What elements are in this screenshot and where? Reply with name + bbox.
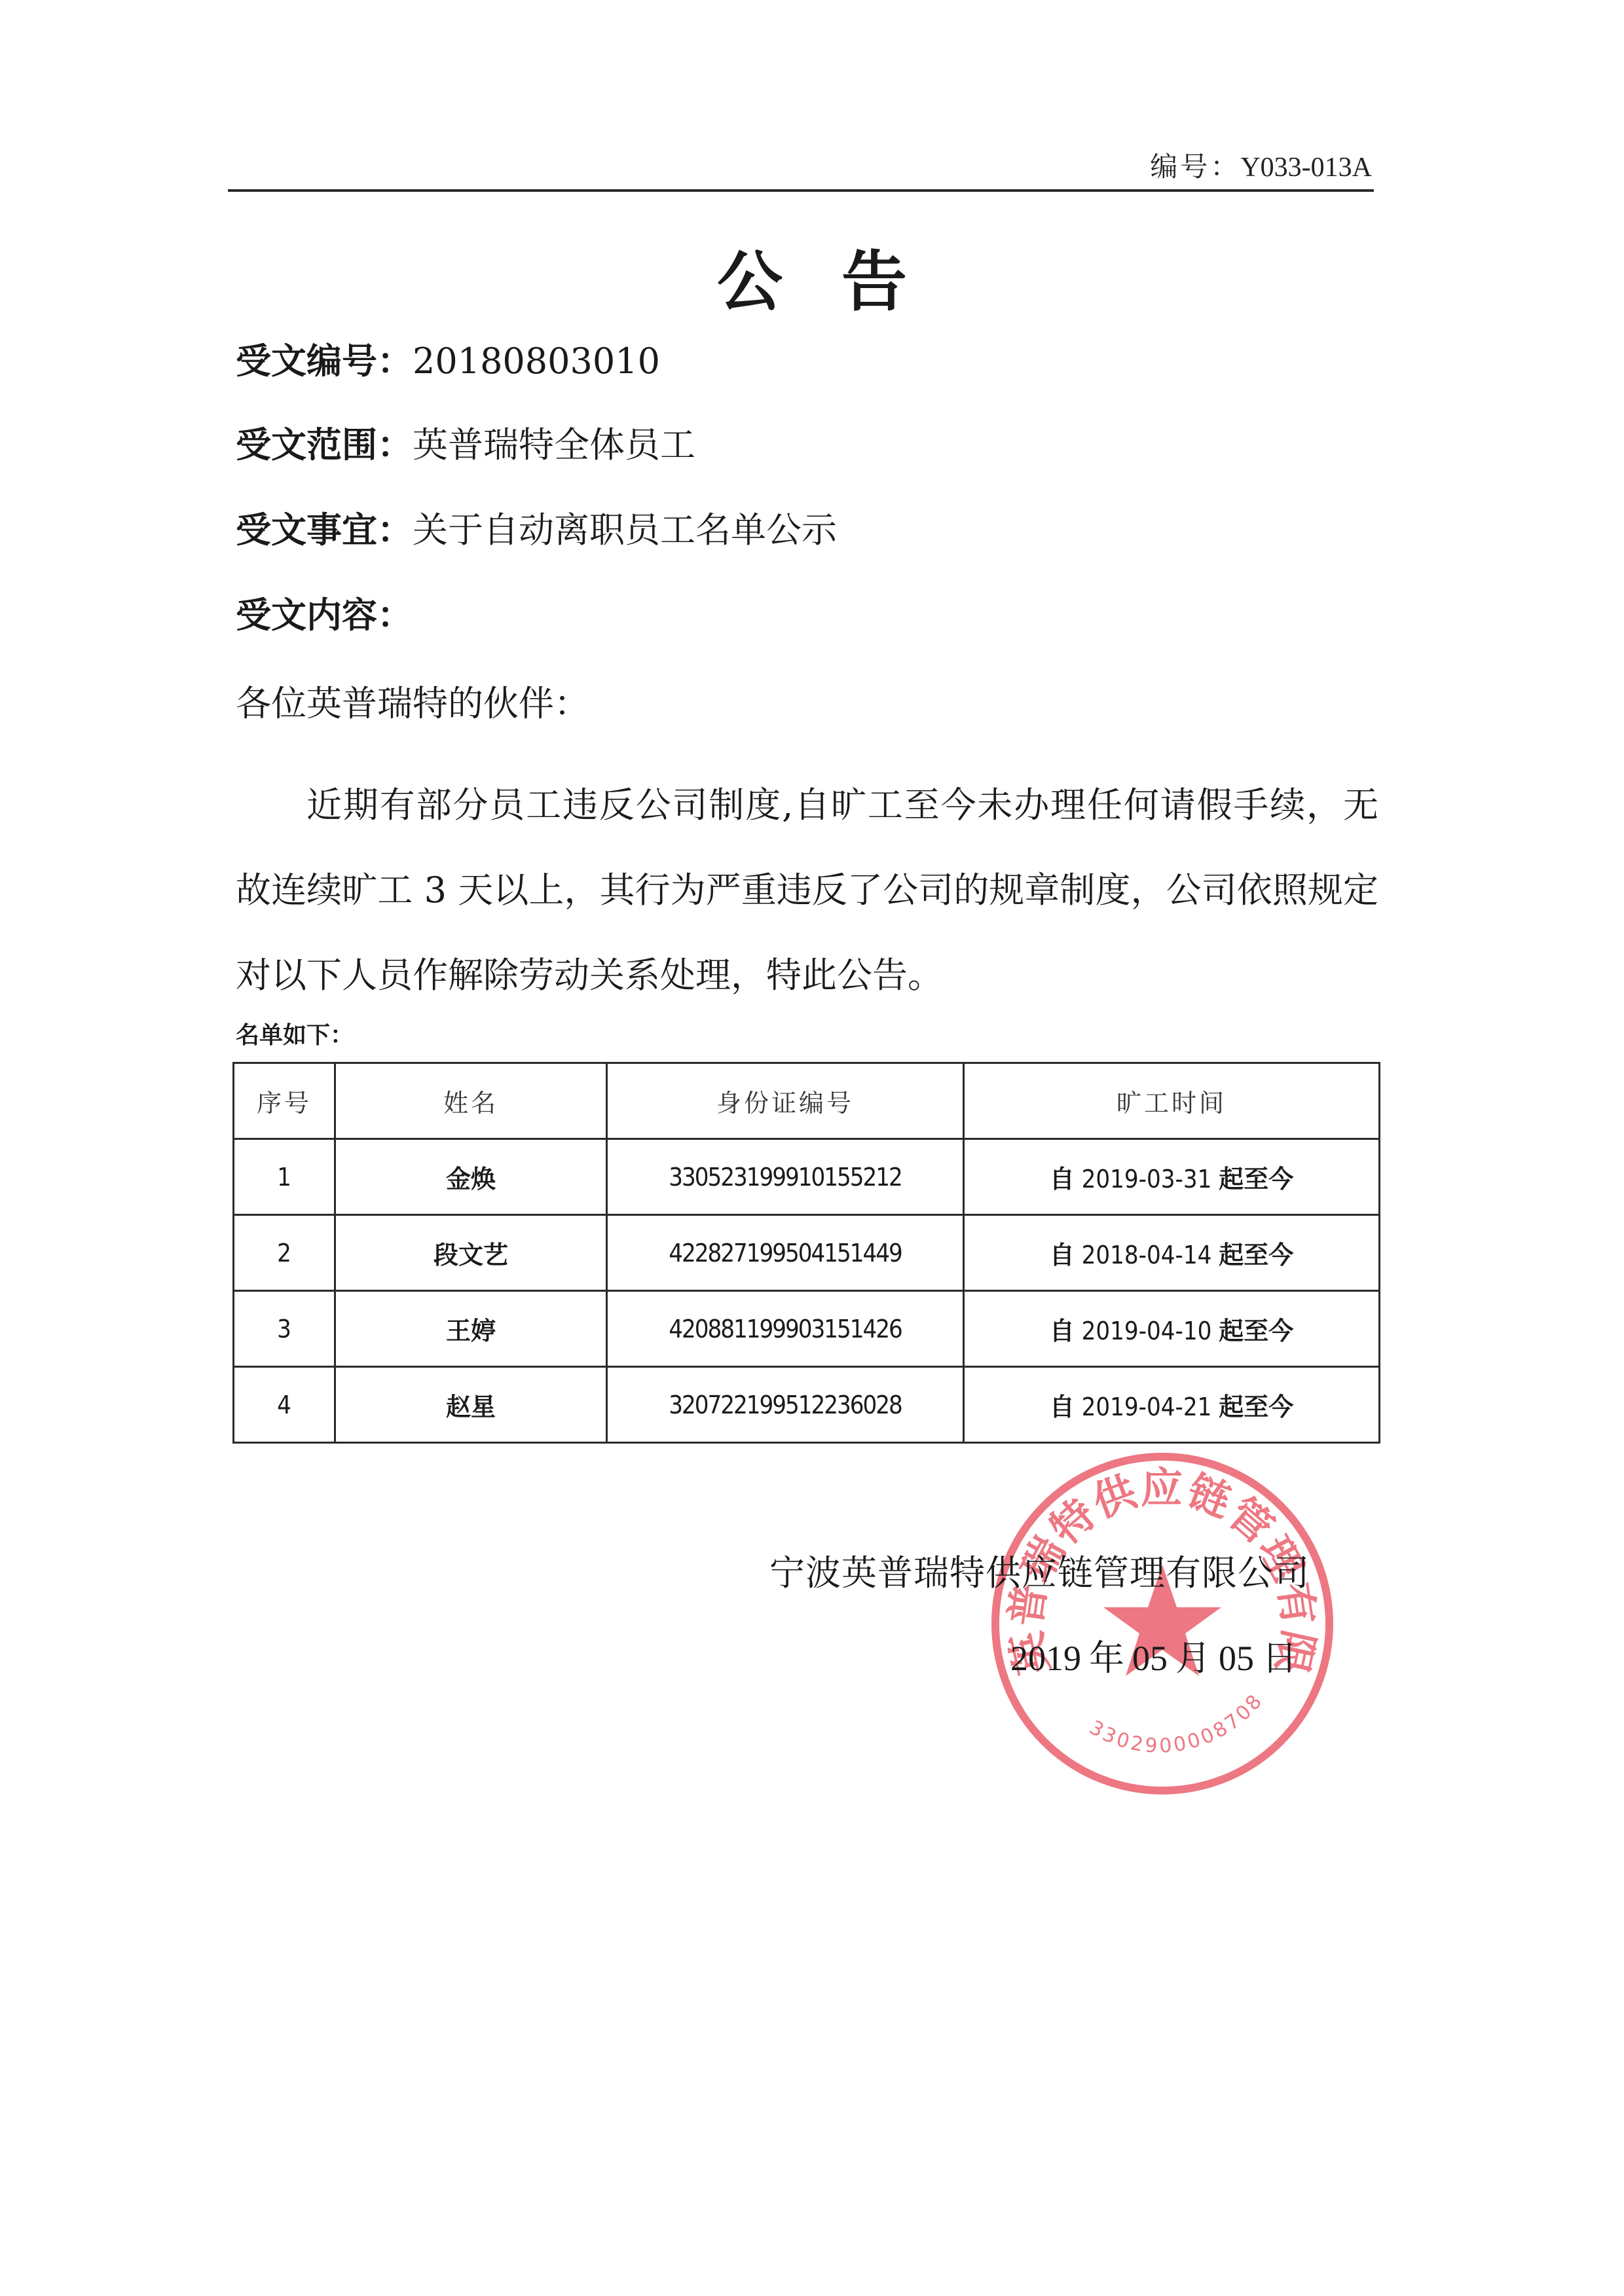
field-subject: 受文事宜：关于自动离职员工名单公示 <box>236 507 837 553</box>
cell-name: 王婷 <box>335 1291 607 1367</box>
field-key: 受文编号： <box>236 340 413 382</box>
cell-id: 420881199903151426 <box>607 1291 964 1367</box>
cell-name: 段文艺 <box>335 1215 607 1291</box>
date-day: 05 <box>1219 1639 1254 1678</box>
absent-suffix: 起至今 <box>1219 1393 1293 1421</box>
cell-seq: 2 <box>234 1215 335 1291</box>
company-seal-icon: 宁波英普瑞特供应链管理有限公司 3302900008708 <box>986 1447 1339 1800</box>
field-value: 20180803010 <box>413 340 660 382</box>
field-key: 受文内容： <box>236 594 413 636</box>
signature-company: 宁波英普瑞特供应链管理有限公司 <box>769 1545 1310 1595</box>
cell-absent-time: 自 2018-04-14 起至今 <box>964 1215 1380 1291</box>
field-content: 受文内容： <box>236 592 413 638</box>
seal-code: 3302900008708 <box>1086 1688 1268 1758</box>
absent-date: 2019-03-31 <box>1082 1165 1212 1194</box>
page-title: 公告 <box>0 229 1624 323</box>
cell-id: 320722199512236028 <box>607 1367 964 1443</box>
cell-id: 422827199504151449 <box>607 1215 964 1291</box>
header-name: 姓名 <box>335 1063 607 1139</box>
field-value: 英普瑞特全体员工 <box>413 424 695 465</box>
field-value: 关于自动离职员工名单公示 <box>413 509 837 551</box>
table-row: 1 金焕 330523199910155212 自 2019-03-31 起至今 <box>234 1139 1380 1215</box>
cell-seq: 4 <box>234 1367 335 1443</box>
header-absent-time: 旷工时间 <box>964 1063 1380 1139</box>
field-key: 受文事宜： <box>236 509 413 551</box>
header-id: 身份证编号 <box>607 1063 964 1139</box>
absent-suffix: 起至今 <box>1219 1317 1293 1345</box>
list-label: 名单如下： <box>236 1017 354 1050</box>
cell-name: 金焕 <box>335 1139 607 1215</box>
cell-absent-time: 自 2019-04-21 起至今 <box>964 1367 1380 1443</box>
absent-date: 2018-04-14 <box>1082 1241 1212 1269</box>
cell-id: 330523199910155212 <box>607 1139 964 1215</box>
absent-date: 2019-04-21 <box>1082 1393 1212 1421</box>
table-header-row: 序号 姓名 身份证编号 旷工时间 <box>234 1063 1380 1139</box>
header-rule <box>228 189 1374 192</box>
signature-date: 2019年05月05日 <box>1006 1630 1301 1681</box>
doc-number-label: 编号： <box>1150 153 1240 183</box>
date-month-unit: 月 <box>1175 1639 1211 1678</box>
header-seq: 序号 <box>234 1063 335 1139</box>
table-row: 4 赵星 320722199512236028 自 2019-04-21 起至今 <box>234 1367 1380 1443</box>
field-scope: 受文范围：英普瑞特全体员工 <box>236 422 695 468</box>
date-year-unit: 年 <box>1089 1639 1124 1678</box>
body-paragraph: 近期有部分员工违反公司制度,自旷工至今未办理任何请假手续，无故连续旷工 3 天以… <box>236 763 1378 1018</box>
cell-seq: 3 <box>234 1291 335 1367</box>
date-month: 05 <box>1132 1639 1168 1678</box>
cell-absent-time: 自 2019-03-31 起至今 <box>964 1139 1380 1215</box>
absent-suffix: 起至今 <box>1219 1241 1293 1269</box>
doc-number-value: Y033-013A <box>1240 153 1372 183</box>
field-key: 受文范围： <box>236 424 413 465</box>
absent-suffix: 起至今 <box>1219 1165 1293 1194</box>
salutation: 各位英普瑞特的伙伴： <box>236 681 589 727</box>
cell-name: 赵星 <box>335 1367 607 1443</box>
absent-prefix: 自 <box>1050 1317 1075 1345</box>
absent-prefix: 自 <box>1050 1165 1075 1194</box>
doc-number: 编号：Y033-013A <box>1150 145 1372 185</box>
absent-date: 2019-04-10 <box>1082 1317 1212 1345</box>
date-day-unit: 日 <box>1262 1639 1297 1678</box>
absent-prefix: 自 <box>1050 1241 1075 1269</box>
svg-text:3302900008708: 3302900008708 <box>1086 1688 1268 1758</box>
employee-table: 序号 姓名 身份证编号 旷工时间 1 金焕 330523199910155212… <box>232 1062 1380 1444</box>
absent-prefix: 自 <box>1050 1393 1075 1421</box>
date-year: 2019 <box>1010 1639 1081 1678</box>
field-doc-number: 受文编号：20180803010 <box>236 338 660 384</box>
cell-absent-time: 自 2019-04-10 起至今 <box>964 1291 1380 1367</box>
cell-seq: 1 <box>234 1139 335 1215</box>
table-row: 2 段文艺 422827199504151449 自 2018-04-14 起至… <box>234 1215 1380 1291</box>
table-row: 3 王婷 420881199903151426 自 2019-04-10 起至今 <box>234 1291 1380 1367</box>
